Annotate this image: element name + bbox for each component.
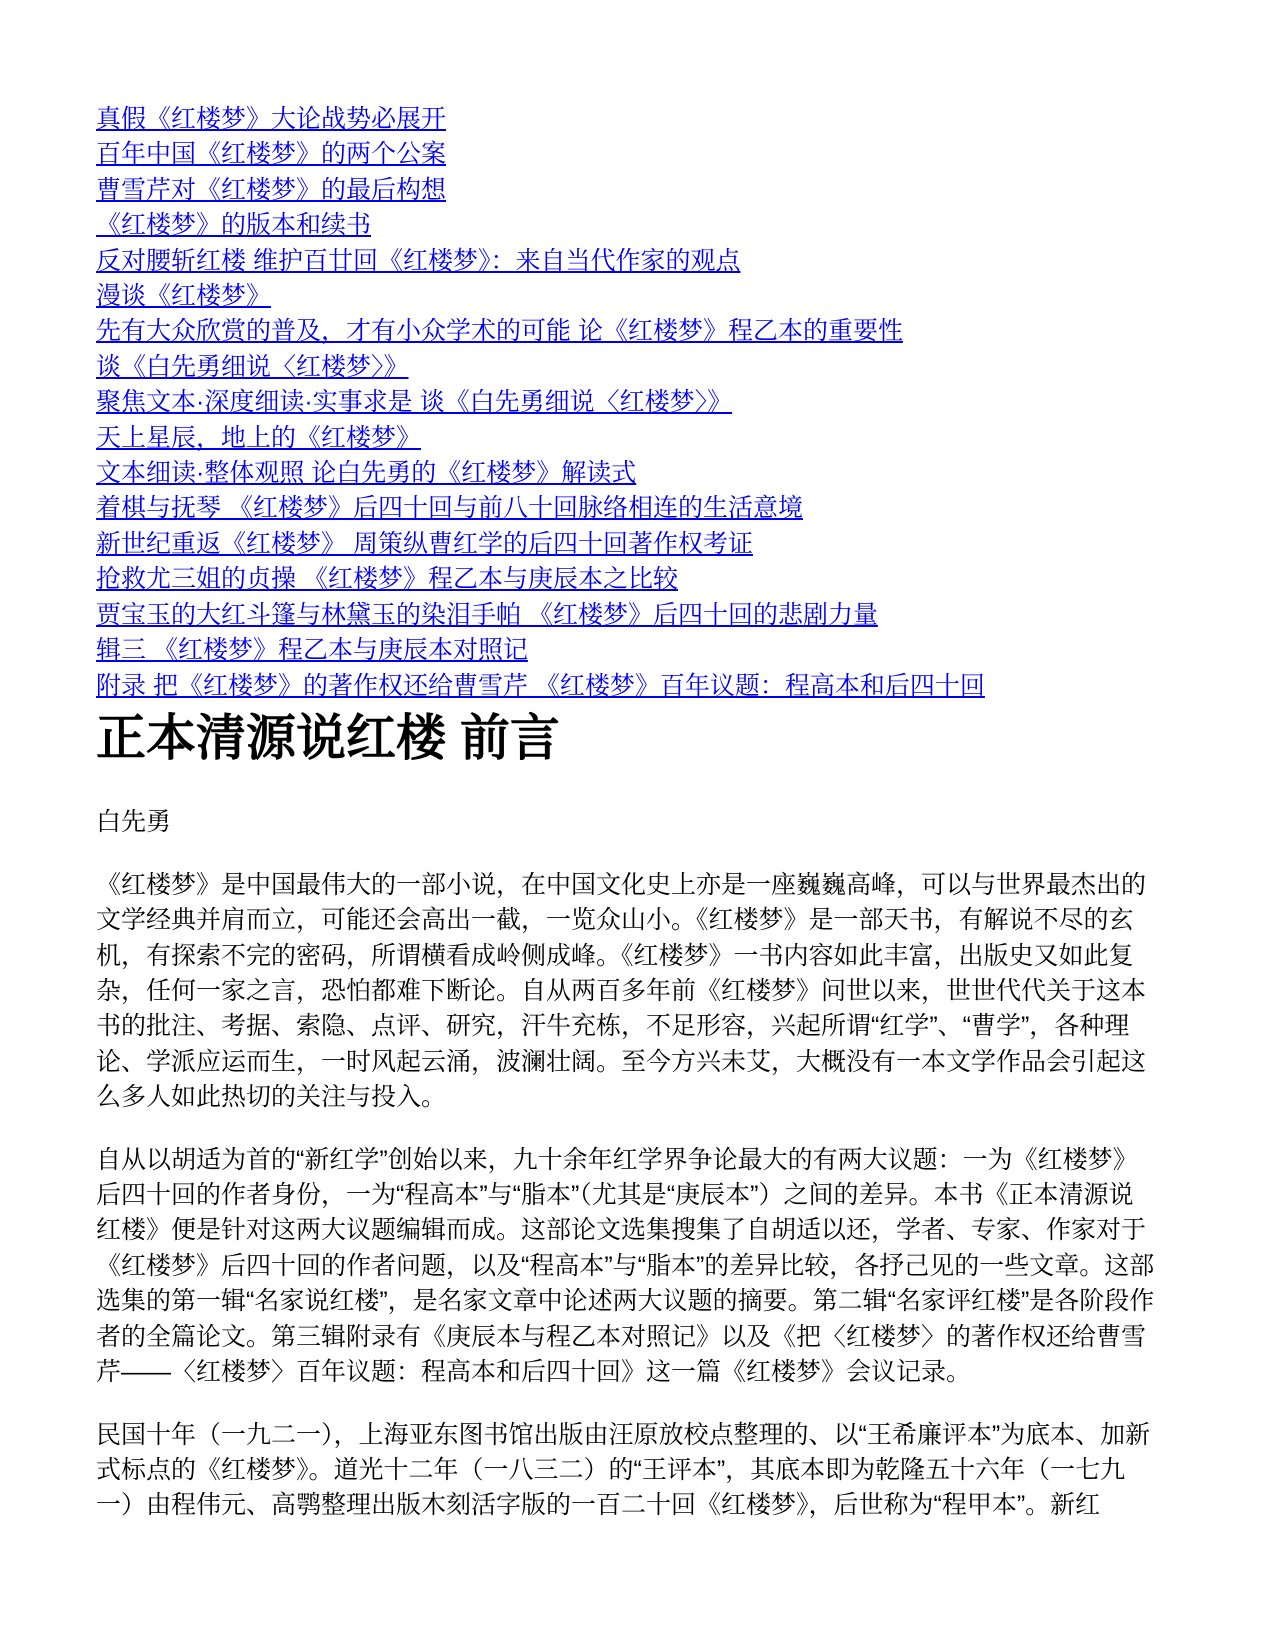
body-paragraph: 《红楼梦》是中国最伟大的一部小说，在中国文化史上亦是一座巍巍高峰，可以与世界最杰… <box>96 868 1157 1116</box>
toc-link[interactable]: 贾宝玉的大红斗篷与林黛玉的染泪手帕 《红楼梦》后四十回的悲剧力量 <box>96 598 1157 633</box>
body-paragraph: 自从以胡适为首的“新红学”创始以来，九十余年红学界争论最大的有两大议题：一为《红… <box>96 1143 1157 1391</box>
document-page: 真假《红楼梦》大论战势必展开 百年中国《红楼梦》的两个公案 曹雪芹对《红楼梦》的… <box>0 0 1275 1650</box>
toc-link[interactable]: 聚焦文本·深度细读·实事求是 谈《白先勇细说〈红楼梦〉》 <box>96 385 1157 420</box>
toc-link[interactable]: 先有大众欣赏的普及，才有小众学术的可能 论《红楼梦》程乙本的重要性 <box>96 314 1157 349</box>
toc-link[interactable]: 百年中国《红楼梦》的两个公案 <box>96 137 1157 172</box>
toc-link[interactable]: 辑三 《红楼梦》程乙本与庚辰本对照记 <box>96 633 1157 668</box>
toc-link[interactable]: 文本细读·整体观照 论白先勇的《红楼梦》解读式 <box>96 456 1157 491</box>
toc-link[interactable]: 谈《白先勇细说〈红楼梦〉》 <box>96 350 1157 385</box>
author-byline: 白先勇 <box>96 805 1157 840</box>
body-paragraph: 民国十年（一九二一），上海亚东图书馆出版由汪原放校点整理的、以“王希廉评本”为底… <box>96 1418 1157 1524</box>
toc-link[interactable]: 天上星辰，地上的《红楼梦》 <box>96 421 1157 456</box>
toc-link[interactable]: 真假《红楼梦》大论战势必展开 <box>96 102 1157 137</box>
toc-link[interactable]: 曹雪芹对《红楼梦》的最后构想 <box>96 173 1157 208</box>
toc-link[interactable]: 反对腰斩红楼 维护百廿回《红楼梦》：来自当代作家的观点 <box>96 244 1157 279</box>
table-of-contents: 真假《红楼梦》大论战势必展开 百年中国《红楼梦》的两个公案 曹雪芹对《红楼梦》的… <box>96 102 1157 704</box>
toc-link[interactable]: 漫谈《红楼梦》 <box>96 279 1157 314</box>
toc-link[interactable]: 抢救尤三姐的贞操 《红楼梦》程乙本与庚辰本之比较 <box>96 562 1157 597</box>
toc-link[interactable]: 《红楼梦》的版本和续书 <box>96 208 1157 243</box>
page-title: 正本清源说红楼 前言 <box>96 710 1157 768</box>
toc-link[interactable]: 新世纪重返《红楼梦》 周策纵曹红学的后四十回著作权考证 <box>96 527 1157 562</box>
toc-link[interactable]: 附录 把《红楼梦》的著作权还给曹雪芹 《红楼梦》百年议题：程高本和后四十回 <box>96 669 1157 704</box>
toc-link[interactable]: 着棋与抚琴 《红楼梦》后四十回与前八十回脉络相连的生活意境 <box>96 491 1157 526</box>
